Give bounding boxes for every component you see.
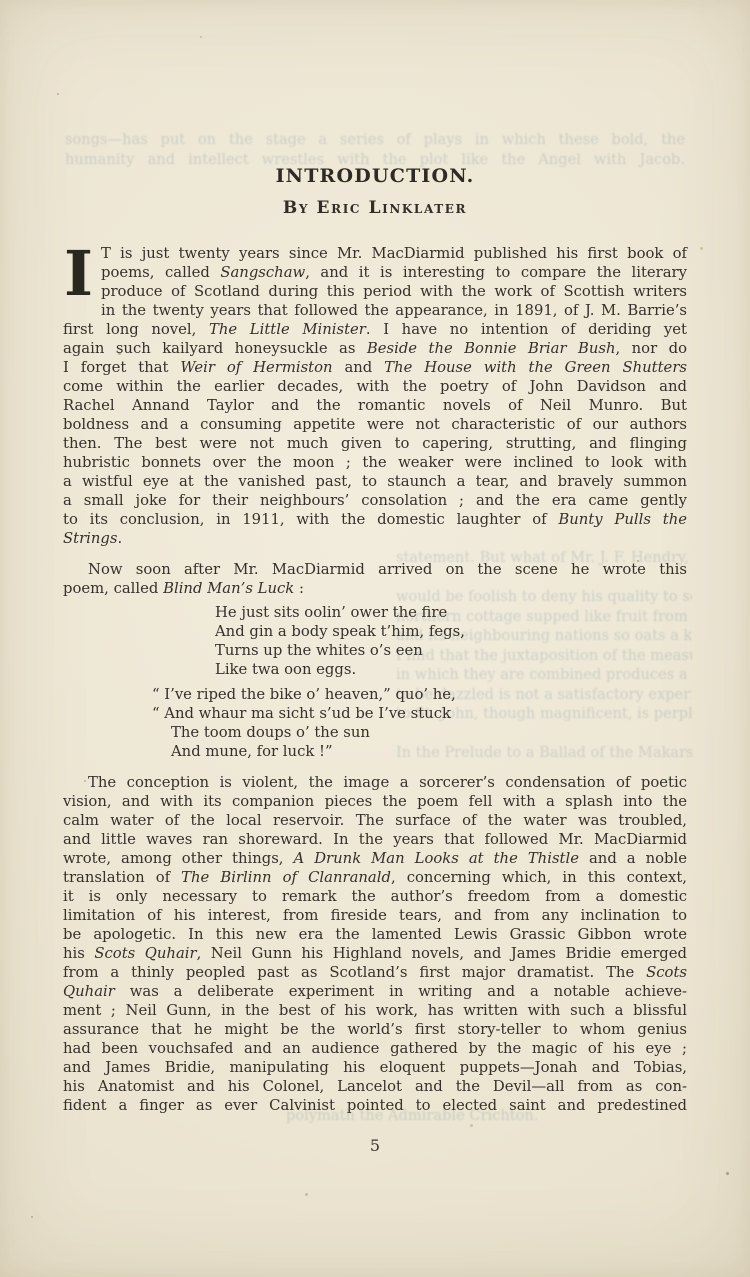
- text-line: hubristic bonnets over the moon ; the we…: [63, 453, 687, 472]
- text-line: and James Bridie, manipulating his eloqu…: [63, 1058, 687, 1077]
- page-title: INTRODUCTION.: [63, 166, 687, 187]
- text-line: calm water of the local reservoir. The s…: [63, 811, 687, 830]
- page-number: 5: [0, 1136, 750, 1155]
- drop-cap: I: [64, 247, 93, 302]
- paper-speck: [305, 1193, 308, 1196]
- text-line: had been vouchsafed and an audience gath…: [63, 1039, 687, 1058]
- paragraph-2: Now soon after Mr. MacDiarmid arrived on…: [63, 560, 687, 598]
- text-line: T is just twenty years since Mr. MacDiar…: [63, 244, 687, 263]
- byline: By Eric Linklater: [63, 198, 687, 218]
- text-line: Now soon after Mr. MacDiarmid arrived on…: [63, 560, 687, 579]
- text-line: I forget that Weir of Hermiston and The …: [63, 358, 687, 377]
- text-line: limitation of his interest, from firesid…: [63, 906, 687, 925]
- poem-stanza-1: He just sits oolin’ ower the fireAnd gin…: [215, 603, 687, 679]
- text-line: fident a finger as ever Calvinist pointe…: [63, 1096, 687, 1115]
- poem-stanza-2: “ I’ve riped the bike o’ heaven,” quo’ h…: [152, 685, 687, 761]
- paper-speck: [726, 1172, 729, 1175]
- text-line: from a thinly peopled past as Scotland’s…: [63, 963, 687, 982]
- poem-line: And gin a body speak t’him, fegs,: [215, 622, 687, 641]
- text-line: then. The best were not much given to ca…: [63, 434, 687, 453]
- text-line: vision, and with its companion pieces th…: [63, 792, 687, 811]
- text-line: poems, called Sangschaw, and it is inter…: [63, 263, 687, 282]
- text-line: produce of Scotland during this period w…: [63, 282, 687, 301]
- text-line: a wistful eye at the vanished past, to s…: [63, 472, 687, 491]
- page-content: INTRODUCTION. By Eric Linklater IT is ju…: [63, 0, 687, 1115]
- text-line: first long novel, The Little Minister. I…: [63, 320, 687, 339]
- poem-line: The toom doups o’ the sun: [152, 723, 687, 742]
- paper-speck: [470, 1124, 473, 1127]
- text-line: again such kailyard honeysuckle as Besid…: [63, 339, 687, 358]
- text-line: Strings.: [63, 529, 687, 548]
- text-line: Rachel Annand Taylor and the romantic no…: [63, 396, 687, 415]
- text-line: poem, called Blind Man’s Luck :: [63, 579, 687, 598]
- poem-line: “ And whaur ma sicht s’ud be I’ve stuck: [152, 704, 687, 723]
- text-line: it is only necessary to remark the autho…: [63, 887, 687, 906]
- poem-line: Like twa oon eggs.: [215, 660, 687, 679]
- paragraph-3: The conception is violent, the image a s…: [63, 773, 687, 1115]
- poem-blind-mans-luck: He just sits oolin’ ower the fireAnd gin…: [63, 603, 687, 761]
- text-line: his Anatomist and his Colonel, Lancelot …: [63, 1077, 687, 1096]
- poem-line: And mune, for luck !”: [152, 742, 687, 761]
- text-line: translation of The Birlinn of Clanranald…: [63, 868, 687, 887]
- text-line: boldness and a consuming appetite were n…: [63, 415, 687, 434]
- text-line: to its conclusion, in 1911, with the dom…: [63, 510, 687, 529]
- paragraph-1: IT is just twenty years since Mr. MacDia…: [63, 244, 687, 548]
- text-line: ment ; Neil Gunn, in the best of his wor…: [63, 1001, 687, 1020]
- text-line: and little waves ran shoreward. In the y…: [63, 830, 687, 849]
- text-line: Quhair was a deliberate experiment in wr…: [63, 982, 687, 1001]
- text-line: a small joke for their neighbours’ conso…: [63, 491, 687, 510]
- paper-speck: [31, 1216, 33, 1218]
- text-line: wrote, among other things, A Drunk Man L…: [63, 849, 687, 868]
- poem-line: He just sits oolin’ ower the fire: [215, 603, 687, 622]
- text-line: in the twenty years that followed the ap…: [63, 301, 687, 320]
- text-line: his Scots Quhair, Neil Gunn his Highland…: [63, 944, 687, 963]
- text-line: The conception is violent, the image a s…: [63, 773, 687, 792]
- paper-speck: [700, 247, 703, 250]
- poem-line: “ I’ve riped the bike o’ heaven,” quo’ h…: [152, 685, 687, 704]
- book-page: songs—has put on the stage a series of p…: [0, 0, 750, 1277]
- text-line: come within the earlier decades, with th…: [63, 377, 687, 396]
- paper-speck: [57, 93, 59, 95]
- text-line: be apologetic. In this new era the lamen…: [63, 925, 687, 944]
- poem-line: Turns up the whites o’s een: [215, 641, 687, 660]
- text-line: assurance that he might be the world’s f…: [63, 1020, 687, 1039]
